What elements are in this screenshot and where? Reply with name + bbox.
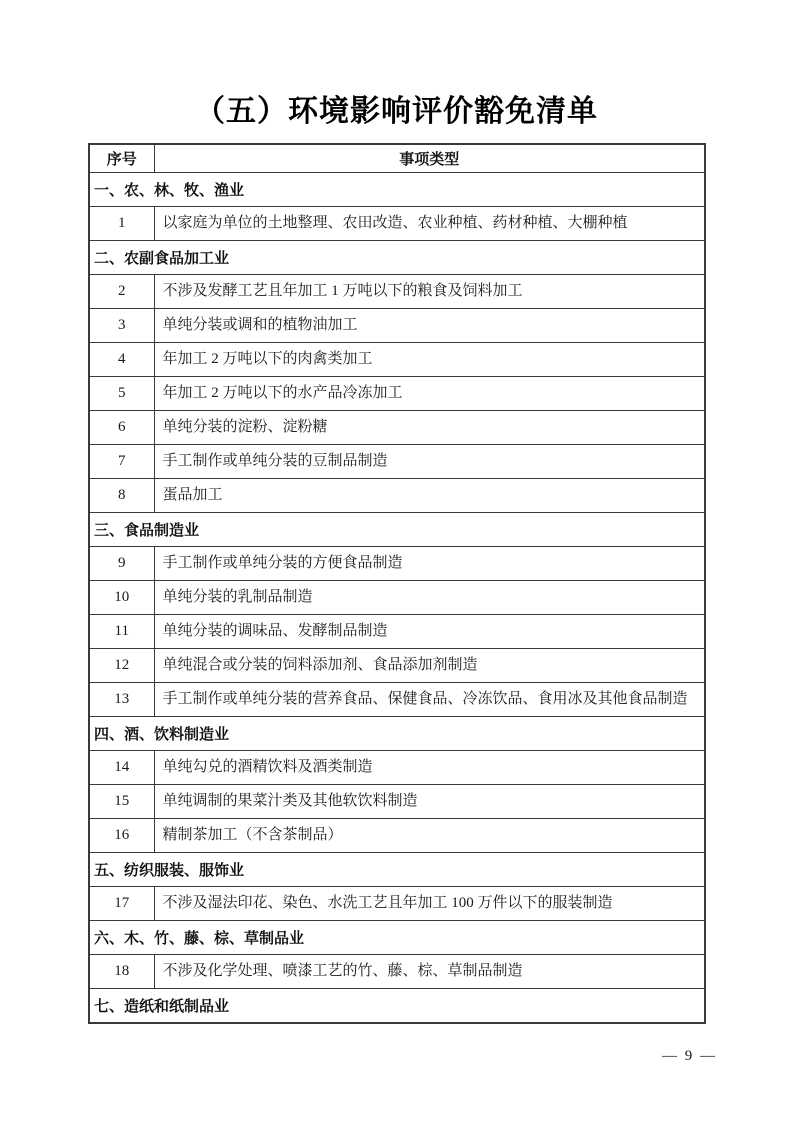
row-item-type-text: 不涉及发酵工艺且年加工 1 万吨以下的粮食及饲料加工	[154, 274, 705, 308]
section-row: 六、木、竹、藤、棕、草制品业	[89, 920, 705, 954]
row-serial-number: 7	[89, 444, 154, 478]
table-row: 14单纯勾兑的酒精饮料及酒类制造	[89, 750, 705, 784]
row-serial-number: 4	[89, 342, 154, 376]
row-serial-number: 16	[89, 818, 154, 852]
row-serial-number: 3	[89, 308, 154, 342]
table-row: 17不涉及湿法印花、染色、水洗工艺且年加工 100 万件以下的服装制造	[89, 886, 705, 920]
section-label: 六、木、竹、藤、棕、草制品业	[89, 920, 705, 954]
table-row: 1以家庭为单位的土地整理、农田改造、农业种植、药材种植、大棚种植	[89, 206, 705, 240]
table-header: 序号 事项类型	[89, 144, 705, 172]
table-row: 5年加工 2 万吨以下的水产品冷冻加工	[89, 376, 705, 410]
page-title: （五）环境影响评价豁免清单	[0, 86, 793, 130]
section-label: 一、农、林、牧、渔业	[89, 172, 705, 206]
row-item-type-text: 年加工 2 万吨以下的水产品冷冻加工	[154, 376, 705, 410]
table-row: 7手工制作或单纯分装的豆制品制造	[89, 444, 705, 478]
section-label: 五、纺织服装、服饰业	[89, 852, 705, 886]
row-serial-number: 11	[89, 614, 154, 648]
page-number: — 9 —	[662, 1048, 717, 1065]
table-row: 12单纯混合或分装的饲料添加剂、食品添加剂制造	[89, 648, 705, 682]
row-serial-number: 1	[89, 206, 154, 240]
row-serial-number: 13	[89, 682, 154, 716]
row-item-type-text: 单纯调制的果菜汁类及其他软饮料制造	[154, 784, 705, 818]
table-row: 11单纯分装的调味品、发酵制品制造	[89, 614, 705, 648]
section-label: 三、食品制造业	[89, 512, 705, 546]
table-row: 18不涉及化学处理、喷漆工艺的竹、藤、棕、草制品制造	[89, 954, 705, 988]
table-row: 2不涉及发酵工艺且年加工 1 万吨以下的粮食及饲料加工	[89, 274, 705, 308]
row-serial-number: 15	[89, 784, 154, 818]
row-serial-number: 12	[89, 648, 154, 682]
section-row: 一、农、林、牧、渔业	[89, 172, 705, 206]
row-item-type-text: 不涉及化学处理、喷漆工艺的竹、藤、棕、草制品制造	[154, 954, 705, 988]
row-item-type-text: 单纯勾兑的酒精饮料及酒类制造	[154, 750, 705, 784]
exemption-table: 序号 事项类型 一、农、林、牧、渔业1以家庭为单位的土地整理、农田改造、农业种植…	[88, 143, 706, 1024]
table-body: 一、农、林、牧、渔业1以家庭为单位的土地整理、农田改造、农业种植、药材种植、大棚…	[89, 172, 705, 1023]
table-row: 3单纯分装或调和的植物油加工	[89, 308, 705, 342]
table-row: 10单纯分装的乳制品制造	[89, 580, 705, 614]
header-row: 序号 事项类型	[89, 144, 705, 172]
row-serial-number: 2	[89, 274, 154, 308]
table-row: 4年加工 2 万吨以下的肉禽类加工	[89, 342, 705, 376]
document-page: （五）环境影响评价豁免清单 序号 事项类型 一、农、林、牧、渔业1以家庭为单位的…	[0, 0, 793, 1122]
table-row: 15单纯调制的果菜汁类及其他软饮料制造	[89, 784, 705, 818]
row-item-type-text: 手工制作或单纯分装的营养食品、保健食品、冷冻饮品、食用冰及其他食品制造	[154, 682, 705, 716]
row-item-type-text: 不涉及湿法印花、染色、水洗工艺且年加工 100 万件以下的服装制造	[154, 886, 705, 920]
section-row: 四、酒、饮料制造业	[89, 716, 705, 750]
row-serial-number: 8	[89, 478, 154, 512]
row-item-type-text: 单纯分装的乳制品制造	[154, 580, 705, 614]
table-row: 8蛋品加工	[89, 478, 705, 512]
row-item-type-text: 单纯混合或分装的饲料添加剂、食品添加剂制造	[154, 648, 705, 682]
row-item-type-text: 以家庭为单位的土地整理、农田改造、农业种植、药材种植、大棚种植	[154, 206, 705, 240]
section-label: 二、农副食品加工业	[89, 240, 705, 274]
header-cell-serial-no: 序号	[89, 144, 154, 172]
row-item-type-text: 单纯分装的调味品、发酵制品制造	[154, 614, 705, 648]
row-serial-number: 6	[89, 410, 154, 444]
row-serial-number: 9	[89, 546, 154, 580]
row-item-type-text: 手工制作或单纯分装的方便食品制造	[154, 546, 705, 580]
section-label: 七、造纸和纸制品业	[89, 988, 705, 1023]
row-serial-number: 17	[89, 886, 154, 920]
row-serial-number: 18	[89, 954, 154, 988]
row-item-type-text: 精制茶加工（不含茶制品）	[154, 818, 705, 852]
table-row: 6单纯分装的淀粉、淀粉糖	[89, 410, 705, 444]
table-row: 16精制茶加工（不含茶制品）	[89, 818, 705, 852]
row-item-type-text: 单纯分装的淀粉、淀粉糖	[154, 410, 705, 444]
row-item-type-text: 单纯分装或调和的植物油加工	[154, 308, 705, 342]
section-row: 五、纺织服装、服饰业	[89, 852, 705, 886]
header-cell-item-type: 事项类型	[154, 144, 705, 172]
section-row: 七、造纸和纸制品业	[89, 988, 705, 1023]
section-row: 三、食品制造业	[89, 512, 705, 546]
section-label: 四、酒、饮料制造业	[89, 716, 705, 750]
table-row: 9手工制作或单纯分装的方便食品制造	[89, 546, 705, 580]
section-row: 二、农副食品加工业	[89, 240, 705, 274]
row-serial-number: 5	[89, 376, 154, 410]
row-serial-number: 10	[89, 580, 154, 614]
table-row: 13手工制作或单纯分装的营养食品、保健食品、冷冻饮品、食用冰及其他食品制造	[89, 682, 705, 716]
row-item-type-text: 年加工 2 万吨以下的肉禽类加工	[154, 342, 705, 376]
row-item-type-text: 蛋品加工	[154, 478, 705, 512]
row-serial-number: 14	[89, 750, 154, 784]
row-item-type-text: 手工制作或单纯分装的豆制品制造	[154, 444, 705, 478]
